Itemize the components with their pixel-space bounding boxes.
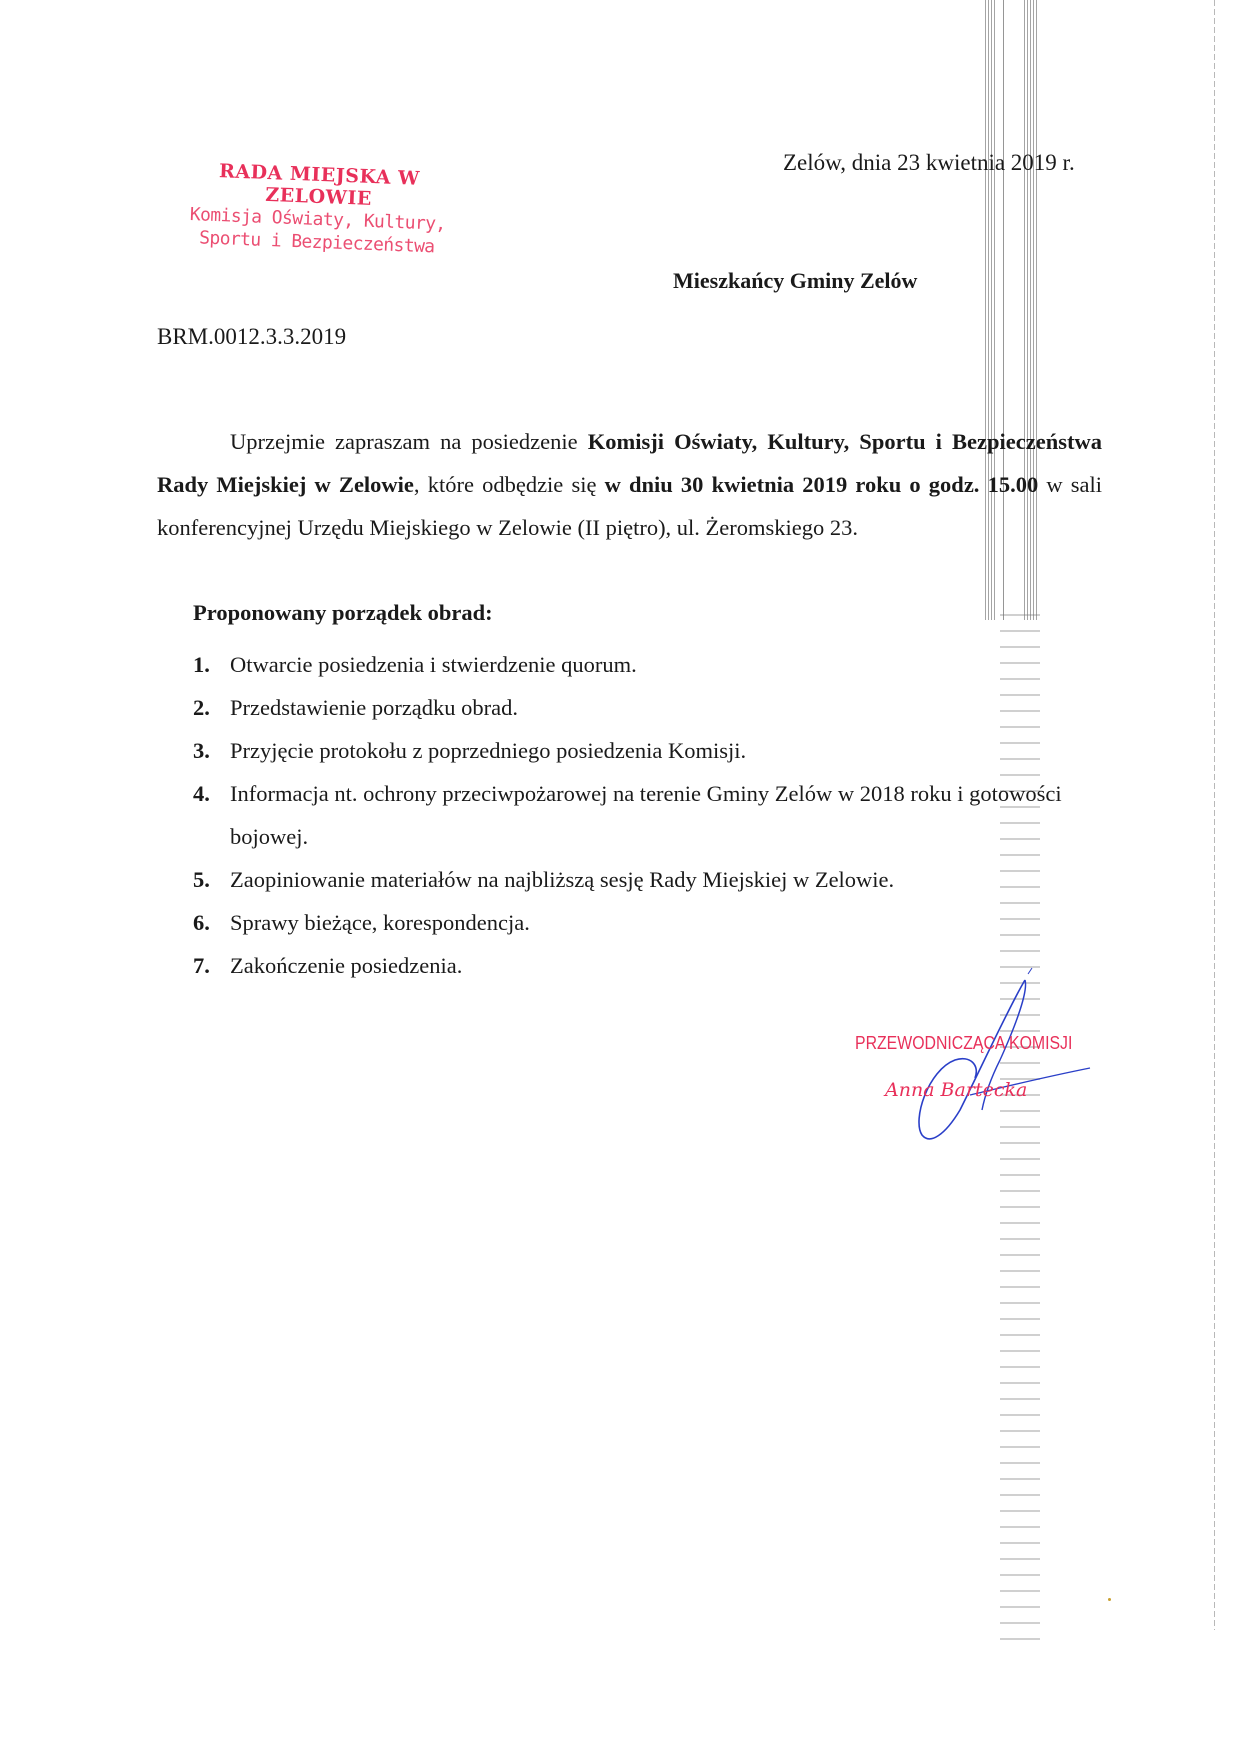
invitation-text-1: Uprzejmie zapraszam na posiedzenie: [230, 429, 588, 454]
agenda-item: 3.Przyjęcie protokołu z poprzedniego pos…: [193, 729, 1073, 772]
agenda-item-number: 1.: [193, 643, 230, 686]
chairperson-role: PRZEWODNICZĄCA KOMISJI: [855, 1033, 1057, 1054]
invitation-paragraph: Uprzejmie zapraszam na posiedzenie Komis…: [157, 420, 1102, 549]
agenda-item-number: 2.: [193, 686, 230, 729]
invitation-text-2: , które odbędzie się: [414, 472, 605, 497]
agenda-item-text: Informacja nt. ochrony przeciwpożarowej …: [230, 772, 1073, 858]
committee-stamp: RADA MIEJSKA W ZELOWIE Komisja Oświaty, …: [162, 158, 475, 260]
agenda-item: 4.Informacja nt. ochrony przeciwpożarowe…: [193, 772, 1073, 858]
agenda-item-number: 3.: [193, 729, 230, 772]
reference-number: BRM.0012.3.3.2019: [157, 324, 346, 350]
agenda-item-text: Przedstawienie porządku obrad.: [230, 686, 1073, 729]
agenda-item: 1.Otwarcie posiedzenia i stwierdzenie qu…: [193, 643, 1073, 686]
chairperson-stamp: PRZEWODNICZĄCA KOMISJI Anna Bartecka: [855, 1033, 1085, 1101]
agenda-item-text: Zaopiniowanie materiałów na najbliższą s…: [230, 858, 1073, 901]
agenda-item-number: 7.: [193, 944, 230, 987]
invitation-datetime: w dniu 30 kwietnia 2019 roku o godz. 15.…: [605, 472, 1039, 497]
agenda-item: 2.Przedstawienie porządku obrad.: [193, 686, 1073, 729]
agenda-item-text: Sprawy bieżące, korespondencja.: [230, 901, 1073, 944]
recipient: Mieszkańcy Gminy Zelów: [673, 268, 917, 294]
agenda-item-number: 4.: [193, 772, 230, 858]
agenda-item-number: 5.: [193, 858, 230, 901]
scan-speck: [1108, 1598, 1111, 1601]
date-line: Zelów, dnia 23 kwietnia 2019 r.: [783, 150, 1075, 176]
agenda-item: 5.Zaopiniowanie materiałów na najbliższą…: [193, 858, 1073, 901]
agenda-item-text: Przyjęcie protokołu z poprzedniego posie…: [230, 729, 1073, 772]
agenda-item-number: 6.: [193, 901, 230, 944]
chairperson-name: Anna Bartecka: [855, 1079, 1085, 1101]
agenda-item: 6.Sprawy bieżące, korespondencja.: [193, 901, 1073, 944]
agenda-list: 1.Otwarcie posiedzenia i stwierdzenie qu…: [193, 643, 1073, 987]
agenda-item-text: Otwarcie posiedzenia i stwierdzenie quor…: [230, 643, 1073, 686]
scan-margin-line: [1214, 0, 1215, 1630]
agenda-title: Proponowany porządek obrad:: [193, 600, 493, 626]
